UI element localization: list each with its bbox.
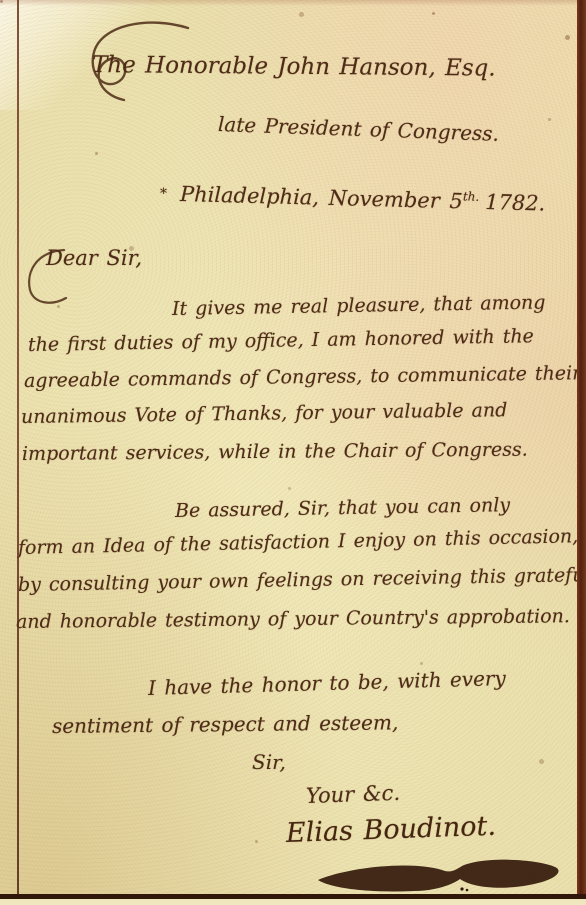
dateline-year: 1782. (485, 190, 546, 216)
letter-body-line: and honorable testimony of your Country'… (16, 605, 570, 633)
closing-line: Sir, (252, 750, 286, 774)
dateline-ordinal-suffix: th. (463, 189, 480, 203)
page-bottom-strip (0, 899, 586, 905)
dateline-place-month-day: Philadelphia, November 5 (180, 182, 463, 213)
letter-body-line: important services, while in the Chair o… (22, 439, 528, 465)
signature-name: Elias Boudinot. (285, 811, 496, 849)
letter-body-line: form an Idea of the satisfaction I enjoy… (18, 525, 579, 559)
letter-body-line: Be assured, Sir, that you can only (175, 494, 510, 522)
letter-body-line: the first duties of my office, I am hono… (28, 325, 534, 356)
closing-line: I have the honor to be, with every (148, 666, 506, 700)
dateline: Philadelphia, November 5th.1782. (180, 182, 546, 216)
signature-flourish-icon (312, 856, 562, 898)
recipient-line: The Honorable John Hanson, Esq. (92, 52, 496, 82)
page-margin-rule (17, 0, 19, 905)
recipient-title-line: late President of Congress. (218, 112, 500, 146)
letter-body-line: unanimous Vote of Thanks, for your valua… (21, 399, 508, 428)
closing-line: Your &c. (306, 781, 401, 808)
salutation-line: Dear Sir, (46, 246, 142, 270)
letter-body-line: It gives me real pleasure, that among (172, 291, 546, 320)
photo-top-edge (0, 0, 586, 6)
letter-page: The Honorable John Hanson, Esq. late Pre… (0, 0, 586, 905)
letter-body-line: agreeable commands of Congress, to commu… (24, 362, 582, 392)
photo-right-edge (577, 0, 586, 905)
closing-line: sentiment of respect and esteem, (52, 710, 399, 738)
dateline-asterisk: * (160, 186, 167, 202)
photo-bottom-edge (0, 894, 586, 899)
letter-body-line: by consulting your own feelings on recei… (18, 564, 586, 596)
